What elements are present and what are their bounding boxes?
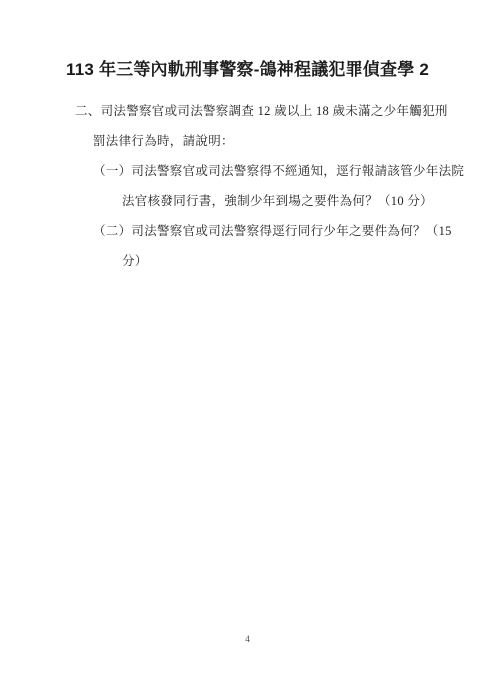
question-line: 二、司法警察官或司法警察調查 12 歲以上 18 歲未滿之少年觸犯刑 (75, 96, 445, 126)
question-line: （一）司法警察官或司法警察得不經通知，逕行報請該管少年法院 (75, 156, 445, 186)
exam-title: 113 年三等內軌刑事警察-鴿神程議犯罪偵查學 2 (0, 58, 495, 82)
question-line: 法官核發同行書，強制少年到場之要件為何？（10 分） (75, 186, 445, 216)
question-line: 罰法律行為時，請說明： (75, 126, 445, 156)
document-page: 113 年三等內軌刑事警察-鴿神程議犯罪偵查學 2 二、司法警察官或司法警察調查… (0, 0, 495, 700)
question-line: （二）司法警察官或司法警察得逕行同行少年之要件為何？（15 (75, 216, 445, 246)
question-line: 分） (75, 246, 445, 276)
question-block: 二、司法警察官或司法警察調查 12 歲以上 18 歲未滿之少年觸犯刑 罰法律行為… (75, 96, 445, 276)
page-number: 4 (0, 633, 495, 645)
